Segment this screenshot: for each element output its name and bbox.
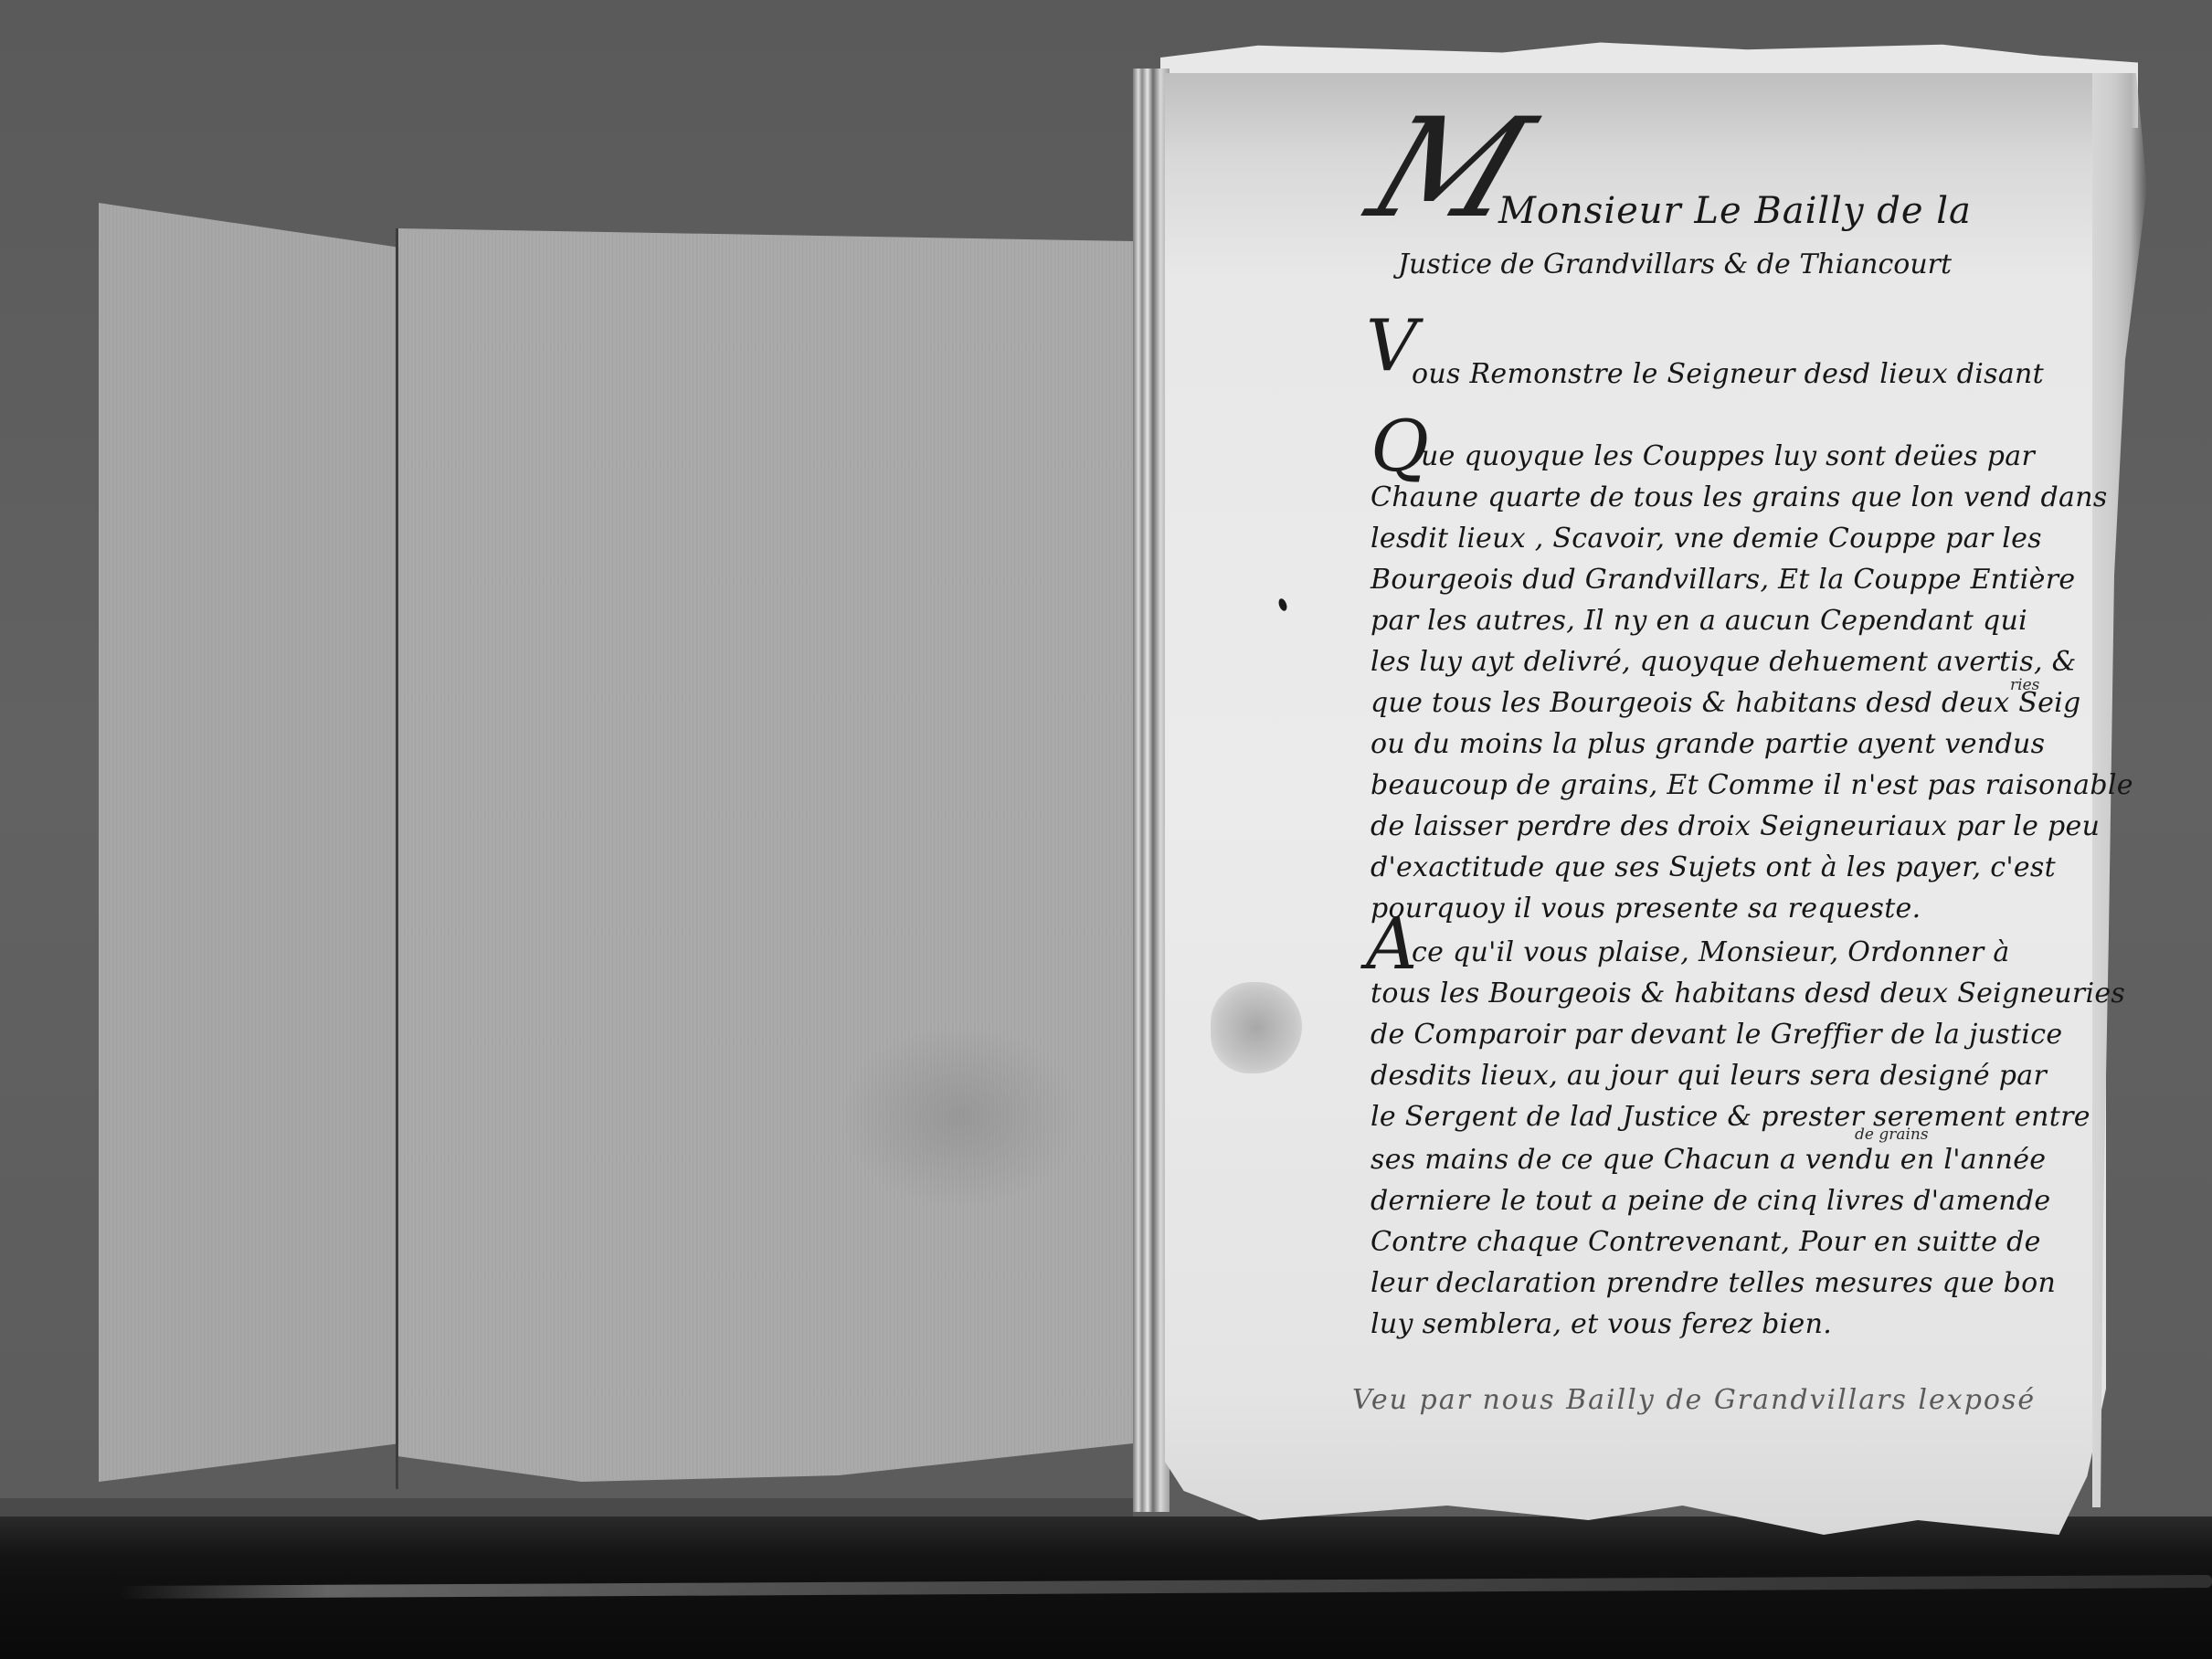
body-line-15: tous les Bourgeois & habitans desd deux …: [1371, 977, 2125, 1009]
body-line-9: ou du moins la plus grande partie ayent …: [1371, 728, 2045, 760]
body-line-13: pourquoy il vous presente sa requeste.: [1371, 893, 1921, 925]
archival-folder: [73, 203, 1133, 1482]
body-line-6: par les autres, Il ny en a aucun Cependa…: [1371, 605, 2027, 637]
body-line-12: d'exactitude que ses Sujets ont à les pa…: [1371, 851, 2056, 883]
salutation-text-1: Monsieur Le Bailly de la: [1498, 190, 1972, 232]
folder-crease: [396, 228, 398, 1489]
body-line-18: le Sergent de lad Justice & prester sere…: [1371, 1101, 2090, 1133]
interlinear-ries: ries: [2010, 676, 2039, 694]
body-line-17: desdits lieux, au jour qui leurs sera de…: [1371, 1060, 2047, 1092]
drop-cap-v: V: [1366, 311, 1417, 382]
body-line-7: les luy ayt delivré, quoyque dehuement a…: [1371, 646, 2077, 678]
body-line-11: de laisser perdre des droix Seigneuriaux…: [1371, 810, 2100, 842]
folder-shadow: [841, 1025, 1078, 1208]
body-line-1: ous Remonstre le Seigneur desd lieux dis…: [1412, 358, 2044, 390]
interlinear-de-grains: de grains: [1855, 1125, 1929, 1144]
body-line-22: leur declaration prendre telles mesures …: [1371, 1267, 2056, 1299]
body-line-20: derniere le tout a peine de cinq livres …: [1371, 1185, 2050, 1217]
stack-left-edges: [1133, 69, 1170, 1512]
body-line-4: lesdit lieux , Scavoir, vne demie Couppe…: [1371, 523, 2042, 555]
body-line-2: ue quoyque les Couppes luy sont deües pa…: [1421, 440, 2035, 472]
drop-cap-a: A: [1366, 909, 1417, 980]
folder-flap: [99, 203, 400, 1482]
body-line-21: Contre chaque Contrevenant, Pour en suit…: [1371, 1226, 2041, 1258]
body-line-16: de Comparoir par devant le Greffier de l…: [1371, 1019, 2062, 1051]
folder-cover: [397, 228, 1133, 1507]
body-line-3: Chaune quarte de tous les grains que lon…: [1371, 481, 2108, 513]
endorsement: Veu par nous Bailly de Grandvillars lexp…: [1352, 1384, 2036, 1416]
body-line-10: beaucoup de grains, Et Comme il n'est pa…: [1371, 769, 2133, 801]
salutation-line-1: Monsieur Le Bailly de la: [1498, 190, 1972, 232]
salutation-line-2: Justice de Grandvillars & de Thiancourt: [1398, 248, 1952, 280]
body-line-5: Bourgeois dud Grandvillars, Et la Couppe…: [1371, 564, 2075, 596]
body-line-8: que tous les Bourgeois & habitans desd d…: [1371, 687, 2081, 719]
body-line-14: ce qu'il vous plaise, Monsieur, Ordonner…: [1412, 936, 2010, 968]
body-line-23: luy semblera, et vous ferez bien.: [1371, 1308, 1832, 1340]
body-line-19: ses mains de ce que Chacun a vendu en l'…: [1371, 1144, 2046, 1176]
